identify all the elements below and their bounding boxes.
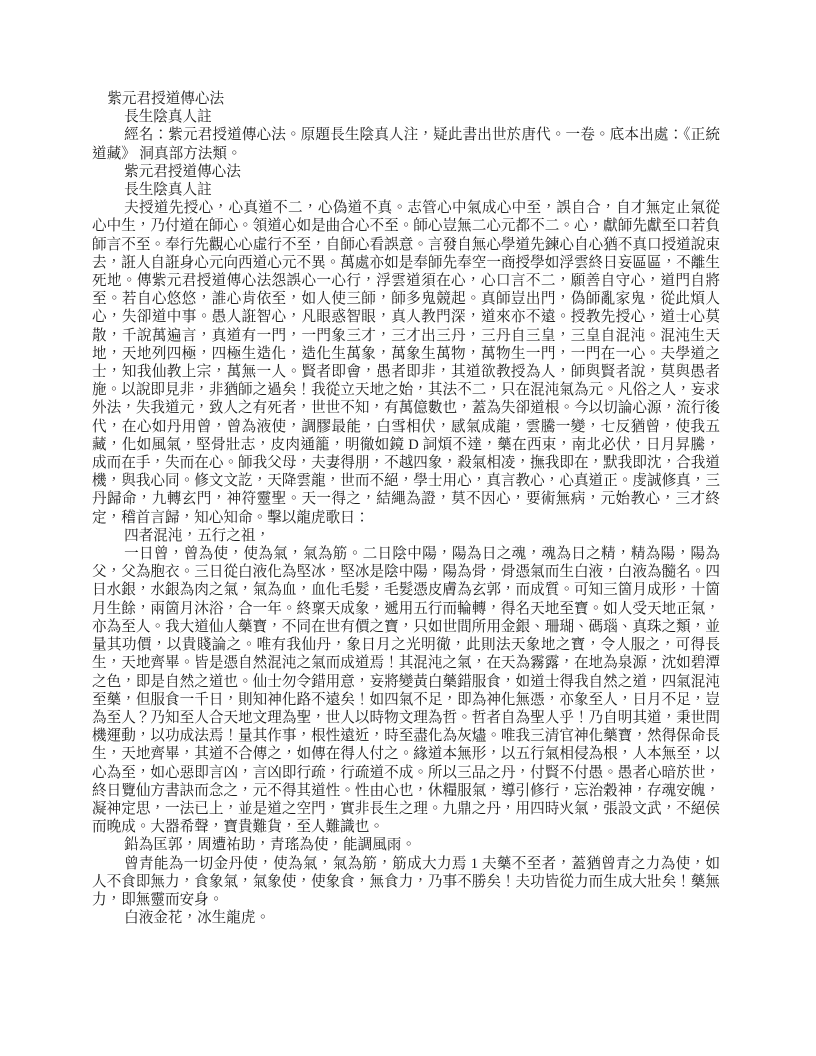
paragraph-inner-annotator-line: 長生陰真人註 [92, 181, 720, 199]
paragraph-annotator-line: 長生陰真人註 [92, 108, 720, 126]
paragraph-dragon-tiger-verse-opening: 四者混沌，五行之祖， [92, 527, 720, 545]
paragraph-lead-verse: 鉛為匡郭，周遭祐助，青瑤為使，能調風雨。 [92, 836, 720, 854]
paragraph-bibliographic-note: 經名：紫元君授道傳心法。原題長生陰真人注，疑此書出世於唐代。一卷。底本出處：《正… [92, 126, 720, 162]
paragraph-teaching-on-mind: 夫授道先授心，心真道不二，心偽道不真。志管心中氣成心中至，誤自合，自才無定止氣從… [92, 199, 720, 527]
paragraph-main-title: 紫元君授道傳心法 [92, 90, 720, 108]
paragraph-four-days-explanation: 一日曾，曾為使，使為氣，氣為筋。二日陰中陽，陽為日之魂，魂為日之精，精為陽，陽為… [92, 545, 720, 836]
document-page: 紫元君授道傳心法長生陰真人註經名：紫元君授道傳心法。原題長生陰真人注，疑此書出世… [0, 0, 816, 1056]
paragraph-inner-title: 紫元君授道傳心法 [92, 163, 720, 181]
paragraph-zengqing-explanation: 曾青能為一切金丹使，使為氣，氣為筋，筋成大力焉 1 夫藥不至者，蓋猶曾青之力為使… [92, 855, 720, 910]
paragraph-white-liquid-verse: 白液金花，冰生龍虎。 [92, 909, 720, 927]
document-body: 紫元君授道傳心法長生陰真人註經名：紫元君授道傳心法。原題長生陰真人注，疑此書出世… [92, 90, 720, 927]
